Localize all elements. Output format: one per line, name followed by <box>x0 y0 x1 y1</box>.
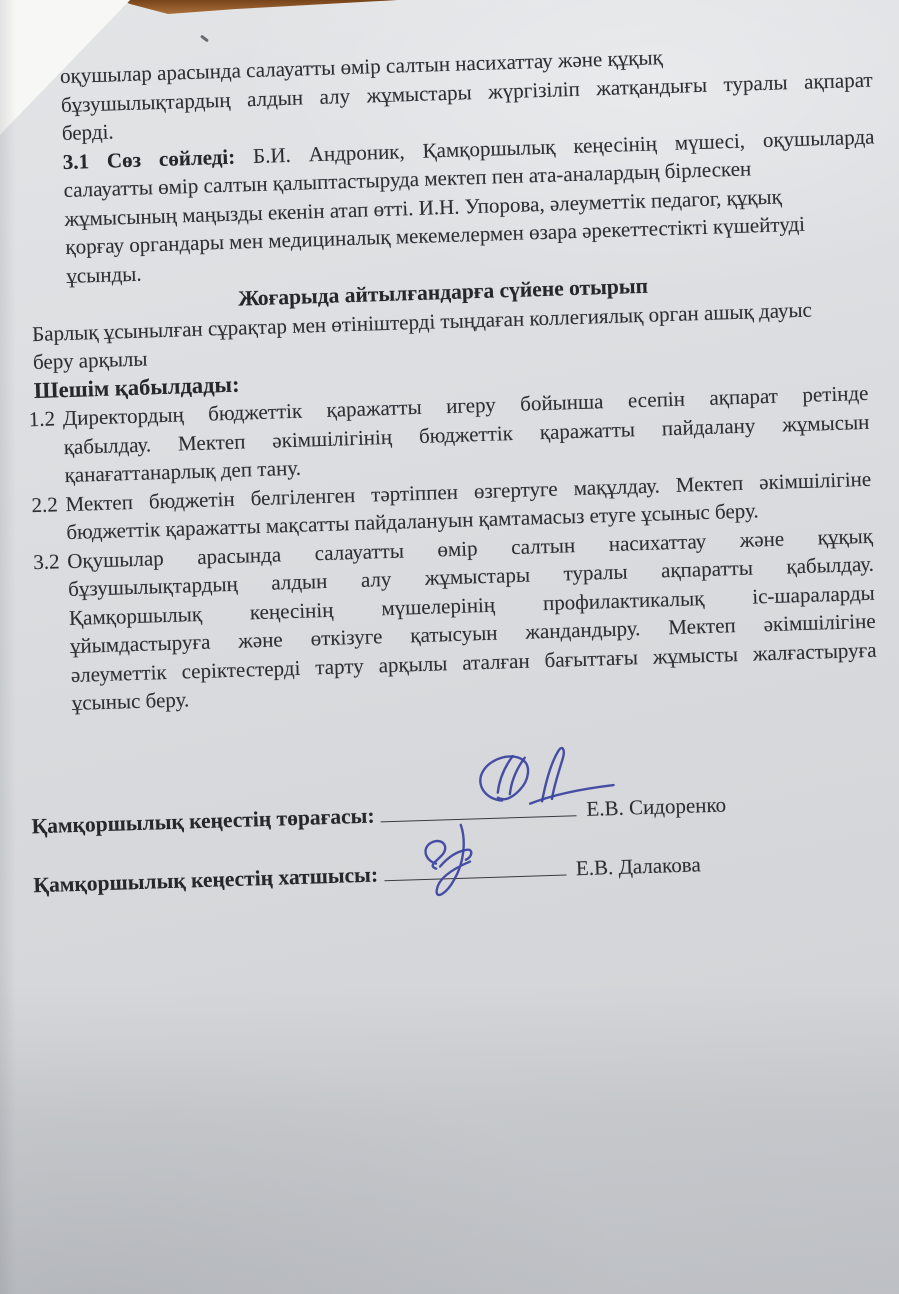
handwritten-signature <box>408 817 521 910</box>
list-item-number: 3.2 <box>33 547 60 576</box>
signature-line <box>384 853 567 881</box>
signature-stroke <box>509 757 526 793</box>
paragraph-speakers: 3.1 Сөз сөйледі: Б.И. Андроник, Қамқоршы… <box>62 122 878 290</box>
document-content: оқушылар арасында салауатты өмір салтын … <box>18 37 884 899</box>
list-item-number: 2.2 <box>31 490 58 519</box>
signer-name: Е.В. Далакова <box>575 850 701 882</box>
handwritten-signature <box>466 740 618 815</box>
signature-label: Қамқоршылық кеңестің хатшысы: <box>33 860 378 899</box>
ink-speck <box>200 35 209 43</box>
signature-row-secretary: Қамқоршылық кеңестің хатшысы: Е.В. Далак… <box>33 843 884 900</box>
photographed-document: оқушылар арасында салауатты өмір салтын … <box>0 0 899 1294</box>
list-item-3-2: 3.2 Оқушылар арасында салауатты өмір сал… <box>33 521 878 718</box>
signature-label: Қамқоршылық кеңестің төрағасы: <box>31 801 375 840</box>
list-item-number: 1.2 <box>28 404 55 433</box>
item-3-1-lead: 3.1 Сөз сөйледі: <box>62 144 235 173</box>
